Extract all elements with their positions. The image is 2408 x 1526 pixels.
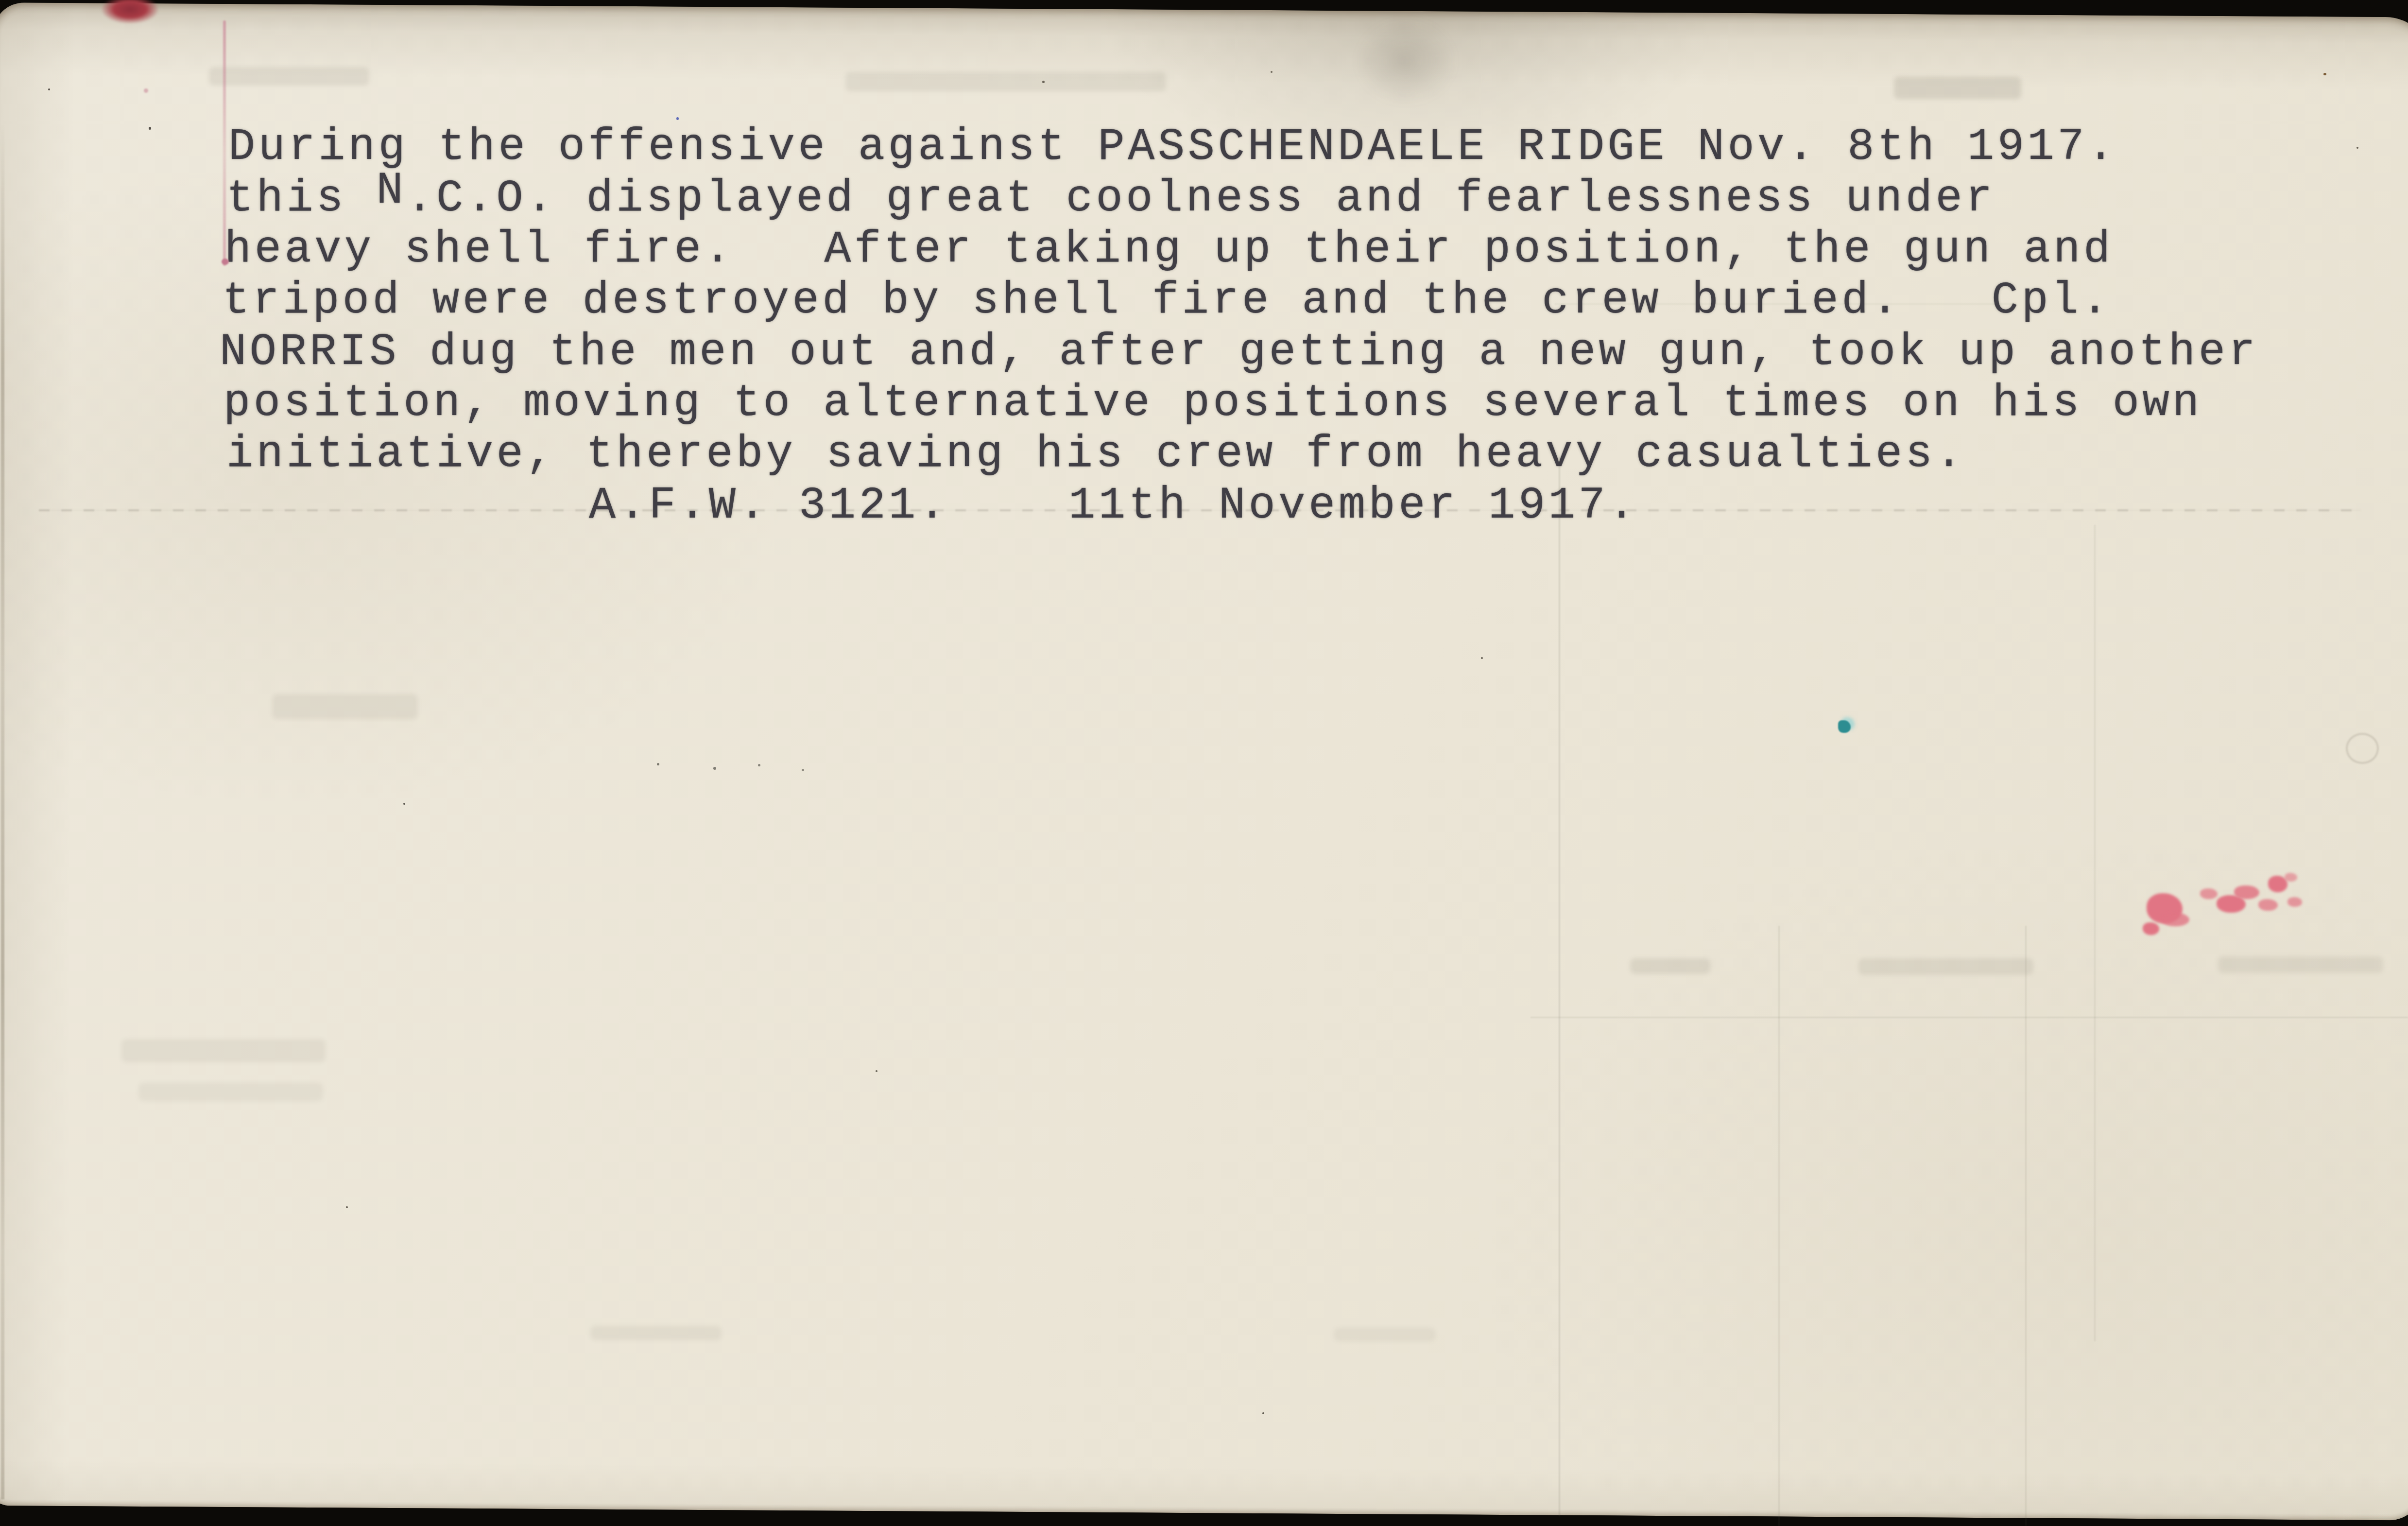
citation-line-7: initiative, thereby saving his crew from… — [226, 429, 1965, 480]
citation-line-2: this N.C.O. displayed great coolness and… — [226, 173, 1995, 224]
dirt-speck — [657, 763, 659, 765]
dirt-speck — [802, 769, 804, 771]
dirt-speck — [876, 1070, 877, 1072]
dirt-speck — [48, 88, 50, 90]
citation-line-2-raised-letter: N — [377, 165, 407, 216]
dirt-speck — [2356, 147, 2358, 149]
dirt-speck — [1262, 1412, 1264, 1414]
dirt-speck — [346, 1206, 348, 1208]
dirt-speck — [1481, 657, 1483, 659]
dirt-speck — [758, 764, 760, 766]
dirt-speck — [149, 127, 151, 130]
citation-line-4: tripod were destroyed by shell fire and … — [223, 275, 2112, 326]
citation-line-1: During the offensive against PASSCHENDAE… — [228, 121, 2117, 173]
ink-speck-blue — [676, 117, 679, 120]
citation-line-2-pre: this — [226, 173, 377, 224]
dirt-speck — [713, 767, 716, 770]
citation-line-6: position, moving to alternative position… — [224, 378, 2202, 429]
scan-background: During the offensive against PASSCHENDAE… — [0, 0, 2408, 1526]
dirt-speck — [2323, 73, 2326, 75]
citation-line-5: NORRIS dug the men out and, after gettin… — [220, 327, 2258, 378]
citation-line-3: heavy shell fire. After taking up their … — [224, 224, 2114, 275]
dirt-speck — [1271, 71, 1273, 73]
citation-line-2-rest: .C.O. displayed great coolness and fearl… — [406, 173, 1995, 224]
dirt-speck — [403, 803, 405, 805]
citation-line-8: A.F.W. 3121. 11th November 1917. — [589, 480, 1638, 531]
dirt-speck — [1042, 81, 1045, 83]
